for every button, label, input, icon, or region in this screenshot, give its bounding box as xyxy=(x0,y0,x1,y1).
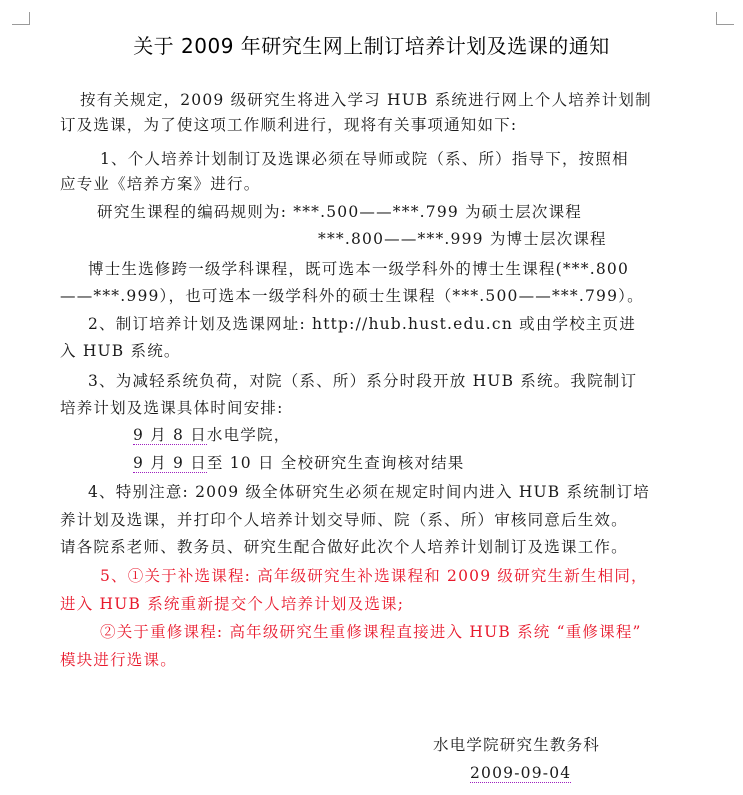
paragraph-line: 4、特别注意: 2009 级全体研究生必须在规定时间内进入 HUB 系统制订培 xyxy=(88,482,650,502)
notice-line-red: 进入 HUB 系统重新提交个人培养计划及选课; xyxy=(60,594,404,614)
paragraph-line: 研究生课程的编码规则为: ***.500——***.799 为硕士层次课程 xyxy=(97,202,582,222)
paragraph-line: 入 HUB 系统。 xyxy=(60,341,181,361)
document-title: 关于 2009 年研究生网上制订培养计划及选课的通知 xyxy=(0,30,743,59)
paragraph-line: 应专业《培养方案》进行。 xyxy=(60,174,260,194)
paragraph-line: 3、为减轻系统负荷，对院（系、所）系分时段开放 HUB 系统。我院制订 xyxy=(88,371,637,391)
schedule-text: 水电学院， xyxy=(207,426,291,444)
paragraph-line: 培养计划及选课具体时间安排: xyxy=(60,398,284,418)
paragraph-line: 订及选课，为了使这项工作顺利进行，现将有关事项通知如下: xyxy=(60,115,517,135)
notice-line-red: ②关于重修课程: 高年级研究生重修课程直接进入 HUB 系统 “重修课程” xyxy=(100,622,642,642)
schedule-item: 9 月 9 日至 10 日 全校研究生查询核对结果 xyxy=(133,453,465,473)
notice-line-red: 模块进行选课。 xyxy=(60,650,177,670)
paragraph-line: 养计划及选课，并打印个人培养计划交导师、院（系、所）审核同意后生效。 xyxy=(60,510,628,530)
paragraph-line: 博士生选修跨一级学科课程，既可选本一级学科外的博士生课程(***.800 xyxy=(88,259,629,279)
paragraph-line: 2、制订培养计划及选课网址: http://hub.hust.edu.cn 或由… xyxy=(88,314,636,334)
signature-date: 2009-09-04 xyxy=(470,763,571,783)
paragraph-line: 请各院系老师、教务员、研究生配合做好此次个人培养计划制订及选课工作。 xyxy=(60,537,628,557)
schedule-text: 至 10 日 全校研究生查询核对结果 xyxy=(207,454,465,472)
schedule-item: 9 月 8 日水电学院， xyxy=(133,425,290,445)
schedule-date: 9 月 9 日 xyxy=(133,454,207,473)
paragraph-line: 1、个人培养计划制订及选课必须在导师或院（系、所）指导下，按照相 xyxy=(100,149,629,169)
page-corner-mark-right xyxy=(716,12,734,25)
notice-line-red: 5、①关于补选课程: 高年级研究生补选课程和 2009 级研究生新生相同， xyxy=(100,566,648,586)
signature: 水电学院研究生教务科 xyxy=(433,735,600,755)
date-text: 2009-09-04 xyxy=(470,764,571,783)
schedule-date: 9 月 8 日 xyxy=(133,426,207,445)
paragraph-line: 按有关规定，2009 级研究生将进入学习 HUB 系统进行网上个人培养计划制 xyxy=(80,90,652,110)
paragraph-line: ——***.999），也可选本一级学科外的硕士生课程（***.500——***.… xyxy=(60,286,644,306)
paragraph-line: ***.800——***.999 为博士层次课程 xyxy=(318,229,607,249)
page-corner-mark-left xyxy=(12,12,30,25)
